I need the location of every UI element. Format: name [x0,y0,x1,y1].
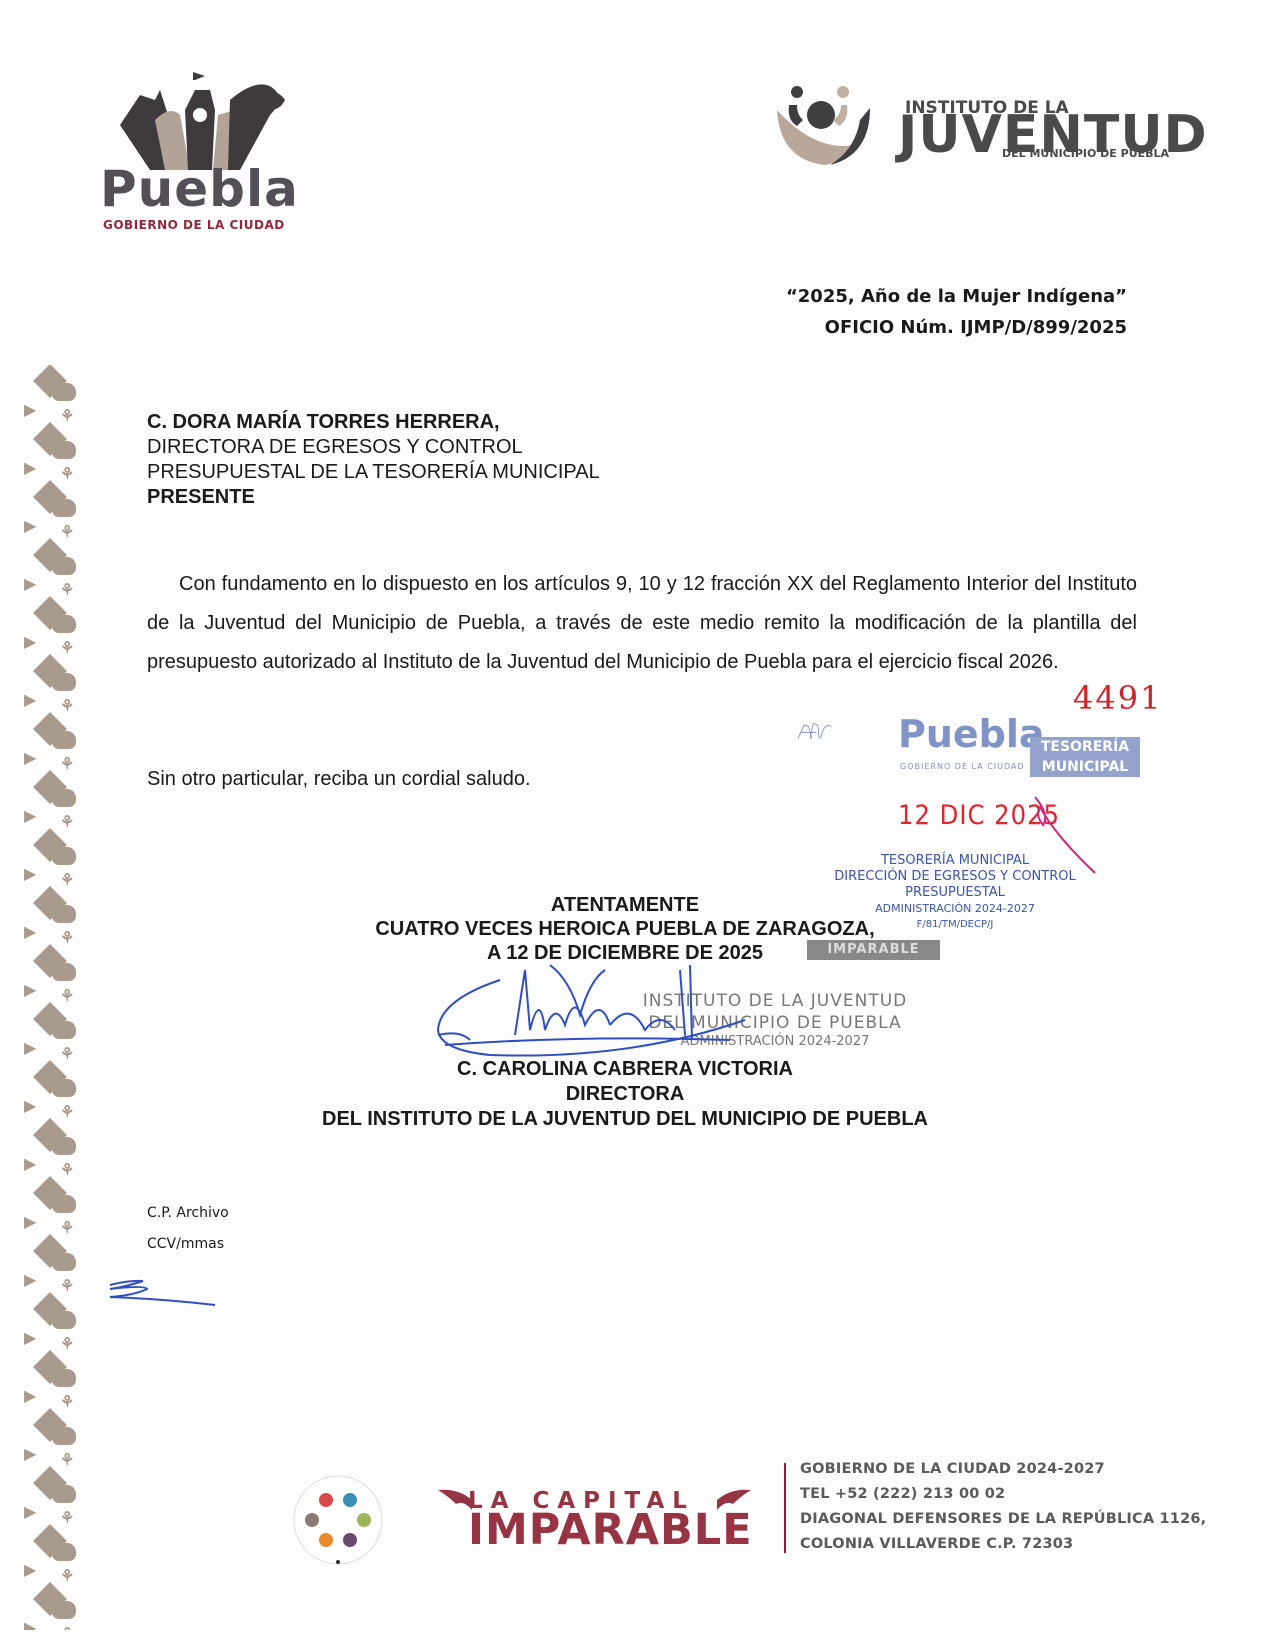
signer-position: DIRECTORA [240,1082,1010,1107]
signer-block: C. CAROLINA CABRERA VICTORIA DIRECTORA D… [240,1057,1010,1132]
ornament-chevron-icon: ▶ [24,403,36,419]
ornament-cloud [52,1021,76,1039]
juventud-institute-logo-icon [775,80,875,170]
ornament-sprig-icon: ⚘ [60,641,74,657]
ornament-cloud [52,441,76,459]
recipient-name: C. DORA MARÍA TORRES HERRERA, [147,410,600,435]
ornament-cloud [52,1485,76,1503]
equality-norm-seal-icon [288,1470,388,1570]
signer-name: C. CAROLINA CABRERA VICTORIA [240,1057,1010,1082]
handwritten-signature-icon [430,960,750,1070]
ornament-sprig-icon: ⚘ [60,1163,74,1179]
year-motto: “2025, Año de la Mujer Indígena” [786,286,1127,307]
ornament-sprig-icon: ⚘ [60,815,74,831]
body-paragraph-block: Con fundamento en lo dispuesto en los ar… [147,565,1137,682]
footer-info-line: TEL +52 (222) 213 00 02 [800,1482,1206,1507]
signature-place: CUATRO VECES HEROICA PUEBLA DE ZARAGOZA, [240,917,1010,941]
treasury-stamp-subtitle: GOBIERNO DE LA CIUDAD [900,762,1025,771]
ornament-sprig-icon: ⚘ [60,931,74,947]
ornament-chevron-icon: ▶ [24,1505,36,1521]
ornament-sprig-icon: ⚘ [60,583,74,599]
puebla-logo-word: Puebla [100,160,299,218]
ornament-sprig-icon: ⚘ [60,1627,74,1630]
ornament-cloud [52,615,76,633]
recipient-block: C. DORA MARÍA TORRES HERRERA, DIRECTORA … [147,410,600,510]
ornament-chevron-icon: ▶ [24,925,36,941]
ornament-sprig-icon: ⚘ [60,1395,74,1411]
ornament-cloud [52,1369,76,1387]
ornament-cloud [52,963,76,981]
ornament-sprig-icon: ⚘ [60,757,74,773]
ornament-chevron-icon: ▶ [24,577,36,593]
ornament-cloud [52,499,76,517]
ornament-sprig-icon: ⚘ [60,525,74,541]
ornament-sprig-icon: ⚘ [60,1337,74,1353]
ornament-chevron-icon: ▶ [24,635,36,651]
puebla-logo-subtitle: GOBIERNO DE LA CIUDAD [103,218,285,232]
recipient-title-line1: DIRECTORA DE EGRESOS Y CONTROL [147,435,600,460]
footer-info-line: DIAGONAL DEFENSORES DE LA REPÚBLICA 1126… [800,1507,1206,1532]
ornament-cloud [52,731,76,749]
signature-salutation: ATENTAMENTE [240,893,1010,917]
ornament-chevron-icon: ▶ [24,1157,36,1173]
signer-institution: DEL INSTITUTO DE LA JUVENTUD DEL MUNICIP… [240,1107,1010,1132]
ornament-cloud [52,847,76,865]
ornament-cloud [52,789,76,807]
ornament-chevron-icon: ▶ [24,751,36,767]
footer-info-line: COLONIA VILLAVERDE C.P. 72303 [800,1532,1206,1557]
footer-divider [784,1463,786,1553]
ornament-sprig-icon: ⚘ [60,873,74,889]
ornament-cloud [52,1543,76,1561]
ornament-cloud [52,1195,76,1213]
recipient-greeting: PRESENTE [147,485,600,510]
ornament-sprig-icon: ⚘ [60,699,74,715]
treasury-stamp-emblem-icon [795,695,895,770]
ornament-chevron-icon: ▶ [24,1621,36,1630]
ornament-sprig-icon: ⚘ [60,1569,74,1585]
treasury-stamp-word: Puebla [898,712,1045,756]
ornament-chevron-icon: ▶ [24,1447,36,1463]
slogan-bottom: IMPARABLE [468,1505,753,1555]
ornament-chevron-icon: ▶ [24,867,36,883]
juventud-logo-line3: DEL MUNICIPIO DE PUEBLA [1002,147,1169,160]
ornament-cloud [52,1079,76,1097]
ornament-sprig-icon: ⚘ [60,409,74,425]
treasury-stamp-box: TESORERÍA MUNICIPAL [1030,737,1140,777]
ornament-cloud [52,673,76,691]
folio-number-stamp: 4491 [1073,679,1162,717]
ornament-cloud [52,383,76,401]
ornament-chevron-icon: ▶ [24,1331,36,1347]
recipient-title-line2: PRESUPUESTAL DE LA TESORERÍA MUNICIPAL [147,460,600,485]
ornament-sprig-icon: ⚘ [60,1511,74,1527]
footer-contact-info: GOBIERNO DE LA CIUDAD 2024-2027 TEL +52 … [800,1457,1206,1557]
handwritten-initial-icon [105,1275,225,1315]
ornament-chevron-icon: ▶ [24,1099,36,1115]
ornament-chevron-icon: ▶ [24,461,36,477]
ornament-chevron-icon: ▶ [24,1389,36,1405]
ornament-chevron-icon: ▶ [24,983,36,999]
ornament-sprig-icon: ⚘ [60,1279,74,1295]
ornament-cloud [52,1253,76,1271]
cc-block: C.P. Archivo CCV/mmas [147,1198,229,1260]
treasury-stamp-line1: TESORERÍA MUNICIPAL [820,853,1090,869]
ornament-sprig-icon: ⚘ [60,989,74,1005]
ornament-cloud [52,1311,76,1329]
ornament-chevron-icon: ▶ [24,693,36,709]
ornament-chevron-icon: ▶ [24,1273,36,1289]
ornament-sprig-icon: ⚘ [60,467,74,483]
ornament-chevron-icon: ▶ [24,809,36,825]
ornament-sprig-icon: ⚘ [60,1047,74,1063]
closing-line: Sin otro particular, reciba un cordial s… [147,768,531,791]
ornament-sprig-icon: ⚘ [60,1221,74,1237]
treasury-stamp-line2: DIRECCIÓN DE EGRESOS Y CONTROL [820,869,1090,885]
ornament-cloud [52,1137,76,1155]
ornament-chevron-icon: ▶ [24,519,36,535]
imparable-stamp: IMPARABLE [807,940,940,960]
footer-info-line: GOBIERNO DE LA CIUDAD 2024-2027 [800,1457,1206,1482]
ornament-sprig-icon: ⚘ [60,1453,74,1469]
ornamental-border: ⚘▶⚘▶⚘▶⚘▶⚘▶⚘▶⚘▶⚘▶⚘▶⚘▶⚘▶⚘▶⚘▶⚘▶⚘▶⚘▶⚘▶⚘▶⚘▶⚘▶… [22,365,78,1630]
cc-archive: C.P. Archivo [147,1198,229,1229]
ornament-chevron-icon: ▶ [24,1563,36,1579]
oficio-number: OFICIO Núm. IJMP/D/899/2025 [825,317,1127,338]
ornament-chevron-icon: ▶ [24,1215,36,1231]
ornament-cloud [52,905,76,923]
ornament-sprig-icon: ⚘ [60,1105,74,1121]
ornament-cloud [52,1427,76,1445]
ornament-cloud [52,557,76,575]
ornament-cloud [52,1601,76,1619]
cc-initials: CCV/mmas [147,1229,229,1260]
body-paragraph: Con fundamento en lo dispuesto en los ar… [147,565,1137,682]
ornament-chevron-icon: ▶ [24,1041,36,1057]
